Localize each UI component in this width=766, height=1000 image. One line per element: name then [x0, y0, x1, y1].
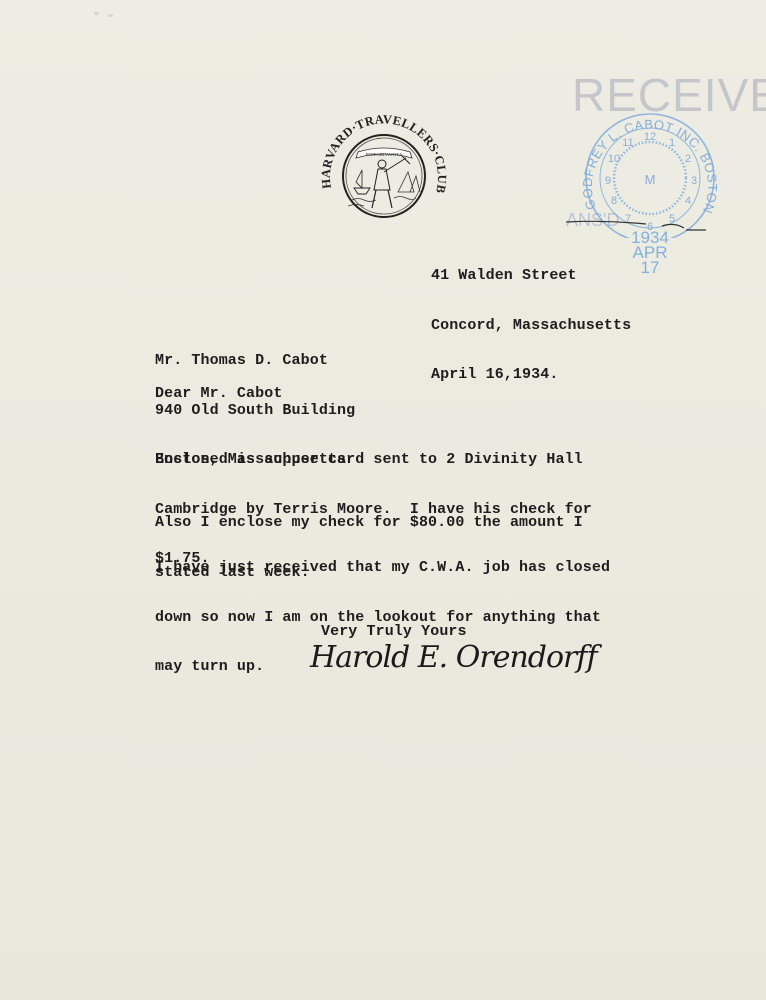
- stamp-date: 1934 APR 17: [628, 230, 672, 275]
- clock-11: 11: [622, 137, 633, 149]
- clock-12: 12: [644, 131, 656, 143]
- speck: [94, 12, 99, 15]
- paragraph-1-line: Enclosed is supper card sent to 2 Divini…: [155, 452, 592, 469]
- letter-page: HARVARD·TRAVELLERS·CLUB· PEREGRINANTES R…: [0, 0, 766, 1000]
- clock-10: 10: [608, 153, 620, 165]
- closing: Very Truly Yours: [321, 624, 467, 641]
- stamp-day: 17: [628, 260, 672, 275]
- clock-1: 1: [669, 137, 675, 149]
- clock-2: 2: [685, 153, 691, 165]
- sender-address: 41 Walden Street Concord, Massachusetts …: [431, 235, 631, 417]
- sender-street: 41 Walden Street: [431, 268, 631, 285]
- signature: Harold E. Orendorff: [310, 640, 597, 675]
- clock-4: 4: [685, 195, 691, 207]
- sender-city: Concord, Massachusetts: [431, 318, 631, 335]
- clock-center: M: [645, 172, 656, 187]
- salutation: Dear Mr. Cabot: [155, 386, 282, 403]
- paragraph-3: I have just received that my C.W.A. job …: [155, 527, 610, 709]
- letter-date: April 16,1934.: [431, 367, 631, 384]
- harvard-travellers-club-seal-icon: HARVARD·TRAVELLERS·CLUB· PEREGRINANTES: [318, 112, 450, 224]
- clock-3: 3: [691, 175, 697, 187]
- recipient-street: 940 Old South Building: [155, 403, 355, 420]
- motto-banner: PEREGRINANTES: [366, 152, 403, 157]
- clock-9: 9: [605, 175, 611, 187]
- clock-8: 8: [611, 195, 617, 207]
- recipient-name: Mr. Thomas D. Cabot: [155, 353, 355, 370]
- paragraph-3-line: I have just received that my C.W.A. job …: [155, 560, 610, 577]
- speck: [108, 14, 113, 17]
